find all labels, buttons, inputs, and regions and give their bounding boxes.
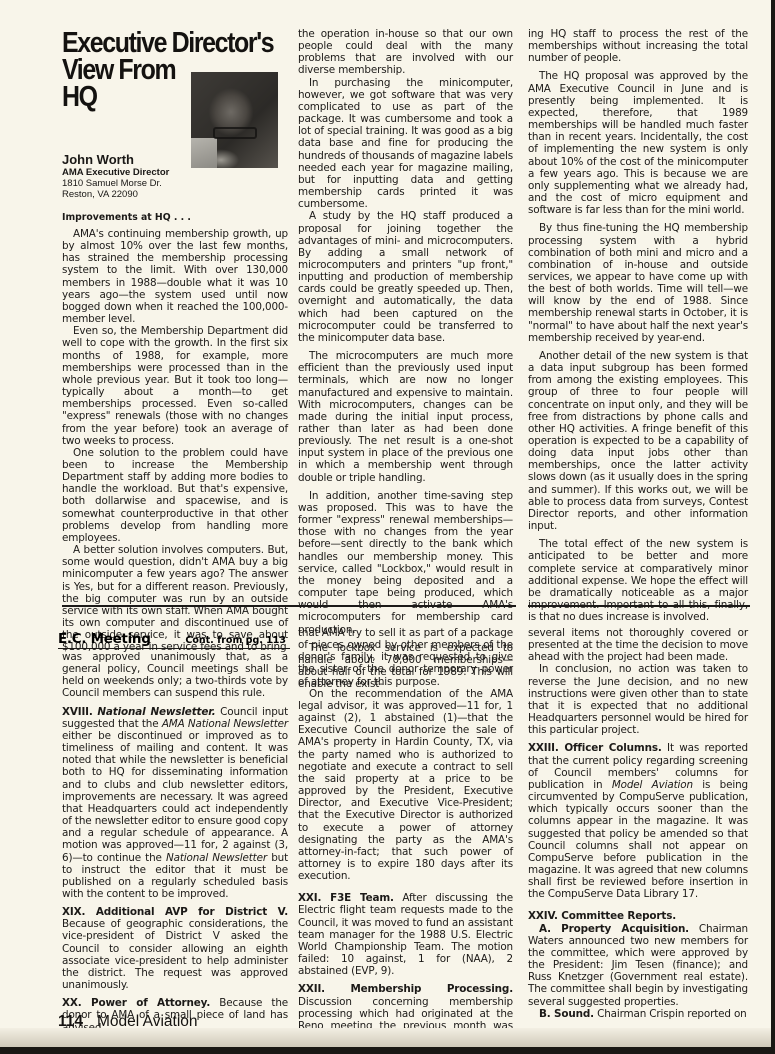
ec-column-3: several items not thoroughly covered or … [528, 627, 748, 1020]
item-title: XIX. Additional AVP for District V. [62, 906, 288, 918]
article-column-3: ing HQ staff to process the rest of the … [528, 28, 748, 623]
paragraph: Another detail of the new system is that… [528, 350, 748, 532]
item-title: XXI. F3E Team. [298, 892, 394, 904]
item-xxi: XXI. F3E Team. After discussing the Elec… [298, 892, 513, 977]
item-title: National Newsletter. [97, 706, 215, 718]
paragraph: several items not thoroughly covered or … [528, 627, 748, 663]
publication-name: National Newsletter [166, 852, 267, 864]
author-photo [191, 72, 278, 168]
item-text: Because of geographic considerations, th… [62, 918, 288, 991]
item-title: XXIV. Committee Reports. [528, 910, 676, 922]
magazine-page: Executive Director's View From HQ John W… [0, 0, 771, 1047]
paragraph: In purchasing the minicomputer, however,… [298, 77, 513, 211]
author-name: John Worth [62, 152, 169, 167]
item-xxiv-a: A. Property Acquisition. Chairman Waters… [528, 923, 748, 1008]
publication-name: Model Aviation [612, 779, 693, 791]
paragraph: was approved unanimously that, as a gene… [62, 651, 288, 700]
article-bottom-rule-right [528, 605, 750, 607]
item-text: is being circumvented by CompuServe publ… [528, 779, 748, 900]
paragraph: AMA's continuing membership growth, up b… [62, 228, 288, 325]
author-role: AMA Executive Director [62, 167, 169, 178]
author-address-line2: Reston, VA 22090 [62, 189, 169, 200]
item-xxiii: XXIII. Officer Columns. It was reported … [528, 742, 748, 900]
ec-meeting-heading: E.C. Meeting [58, 631, 151, 647]
subitem-title: B. Sound. [539, 1008, 594, 1020]
author-address-line1: 1810 Samuel Morse Dr. [62, 178, 169, 189]
item-xviii: XVIII. National Newsletter. Council inpu… [62, 706, 288, 901]
item-text: either be discontinued or improved as to… [62, 730, 288, 864]
item-text: After discussing the Electric flight tea… [298, 892, 513, 977]
paragraph: The microcomputers are much more efficie… [298, 350, 513, 484]
photo-shoulder-shape [191, 138, 217, 168]
article-bottom-rule-left [62, 605, 516, 607]
paragraph: The total effect of the new system is an… [528, 538, 748, 623]
continued-from-label: Cont. from pg. 113 [185, 635, 286, 646]
item-number: XVIII. [62, 706, 93, 718]
ec-meeting-header: E.C. Meeting Cont. from pg. 113 [58, 631, 290, 649]
subitem-text: Chairman Waters announced two new member… [528, 923, 748, 1008]
title-line-1: Executive Director's [62, 30, 273, 57]
paragraph: One solution to the problem could have b… [62, 447, 288, 544]
item-title: XX. Power of Attorney. [62, 997, 210, 1009]
paragraph: In conclusion, no action was taken to re… [528, 663, 748, 736]
paragraph: The HQ proposal was approved by the AMA … [528, 70, 748, 216]
paragraph: By thus fine-tuning the HQ membership pr… [528, 222, 748, 344]
photo-glasses-shape [213, 127, 257, 139]
author-byline: John Worth AMA Executive Director 1810 S… [62, 152, 169, 200]
item-xix: XIX. Additional AVP for District V. Beca… [62, 906, 288, 991]
article-column-2: the operation in-house so that our own p… [298, 28, 513, 690]
paragraph: A study by the HQ staff produced a propo… [298, 210, 513, 344]
item-title: XXIII. Officer Columns. [528, 742, 662, 754]
paragraph: On the recommendation of the AMA legal a… [298, 688, 513, 883]
subitem-text: Chairman Crispin reported on [594, 1008, 747, 1020]
publication-name: AMA National Newsletter [162, 718, 288, 730]
subitem-title: A. Property Acquisition. [539, 923, 689, 935]
paragraph: In addition, another time-saving step wa… [298, 490, 513, 636]
item-xxiv: XXIV. Committee Reports. [528, 910, 748, 922]
article-column-1: AMA's continuing membership growth, up b… [62, 228, 288, 653]
paragraph: Even so, the Membership Department did w… [62, 325, 288, 447]
paragraph: that AMA try to sell it as part of a pac… [298, 627, 513, 688]
item-title: XXII. Membership Processing. [298, 983, 513, 995]
ec-column-1: was approved unanimously that, as a gene… [62, 651, 288, 1034]
item-xxiv-b: B. Sound. Chairman Crispin reported on [528, 1008, 748, 1020]
paragraph: the operation in-house so that our own p… [298, 28, 513, 77]
page-bottom-shading [0, 1028, 771, 1047]
article-subhead: Improvements at HQ . . . [62, 212, 191, 223]
ec-column-2: that AMA try to sell it as part of a pac… [298, 627, 513, 1047]
paragraph: ing HQ staff to process the rest of the … [528, 28, 748, 64]
